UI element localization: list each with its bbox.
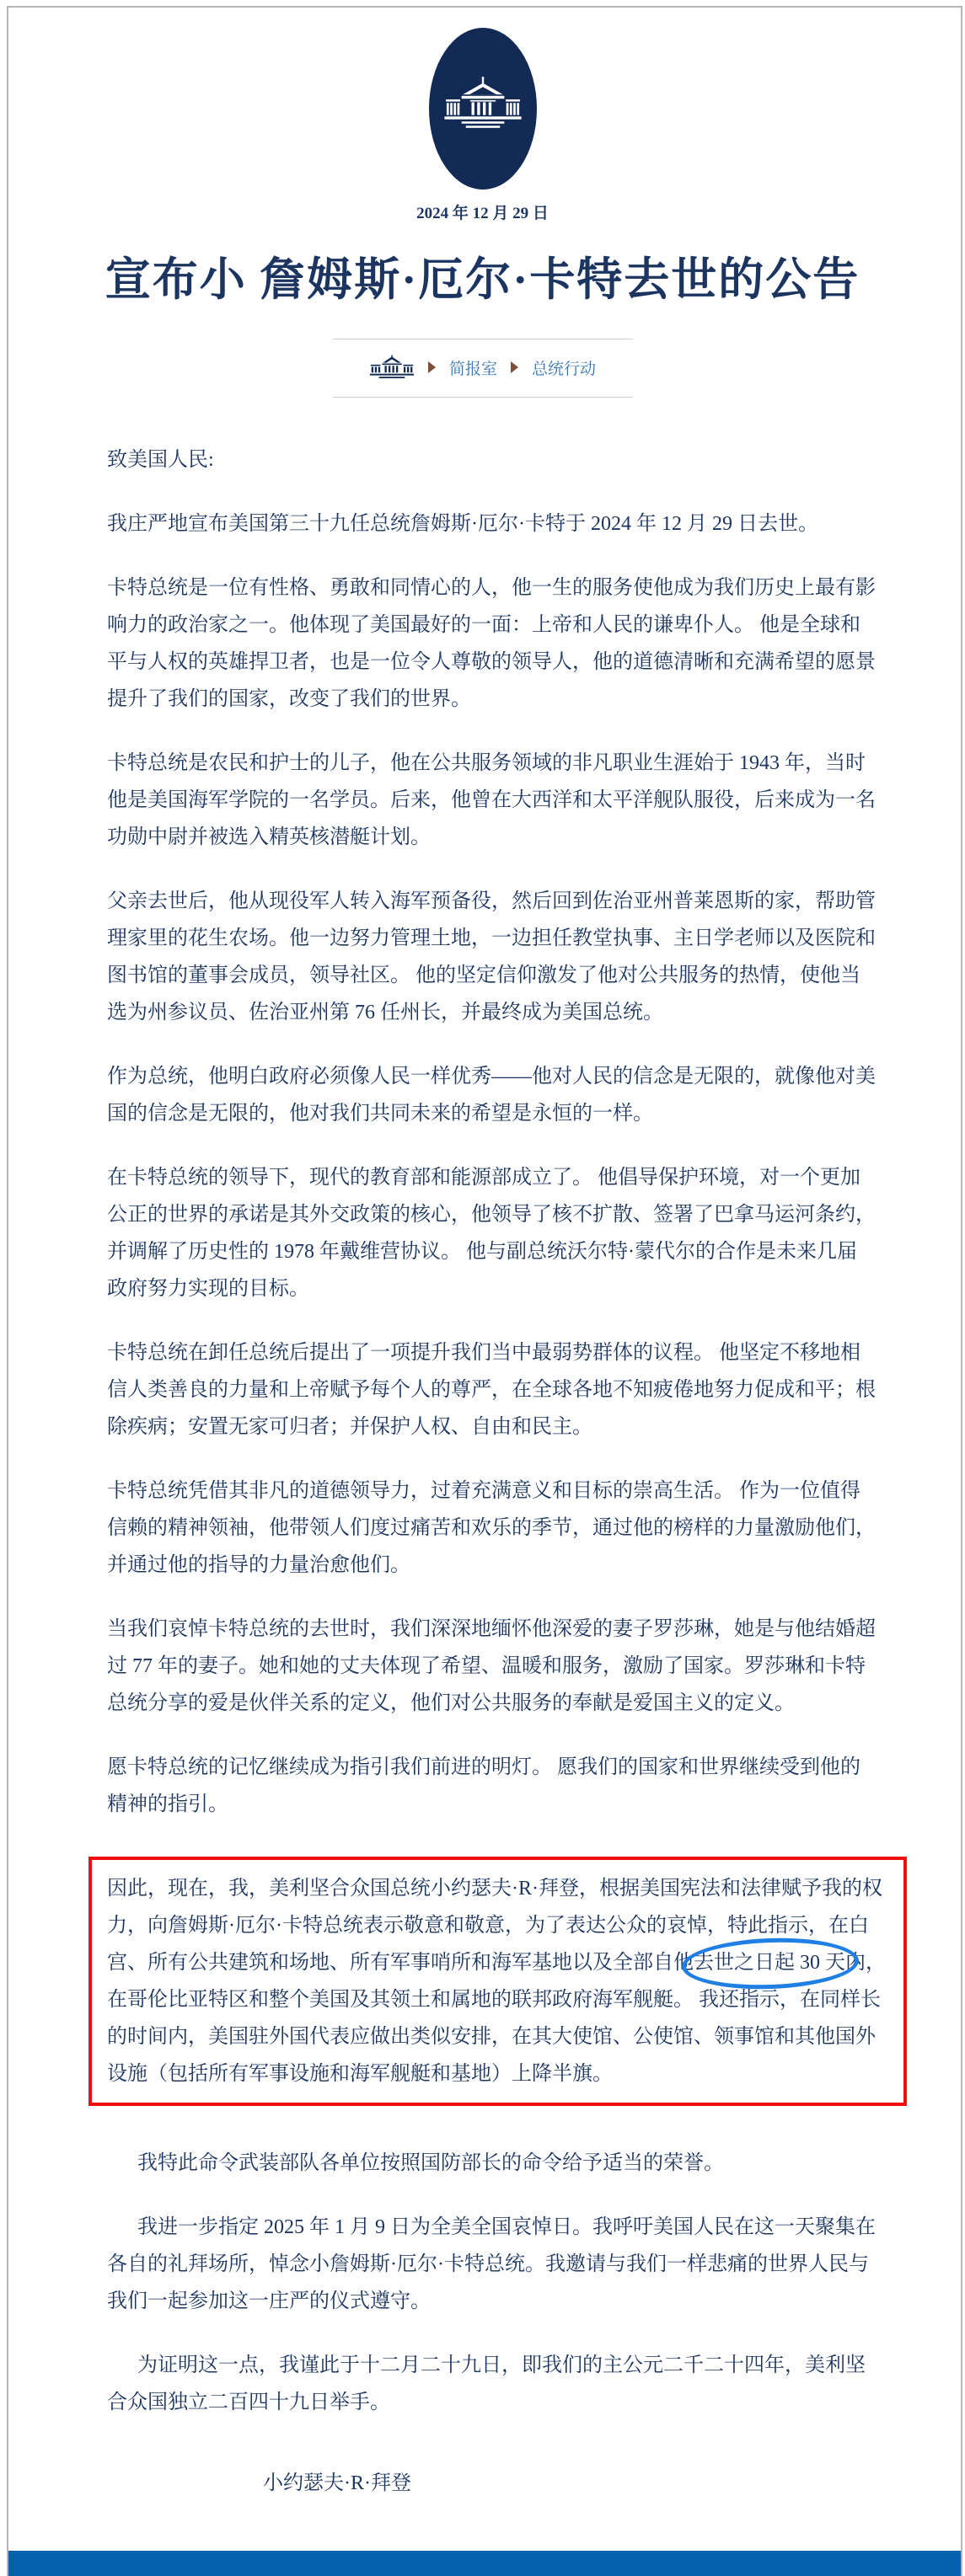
frame-border-left — [7, 6, 8, 2576]
paragraph-early-career: 卡特总统是农民和护士的儿子，他在公共服务领域的非凡职业生涯始于 1943 年，当… — [107, 745, 877, 856]
paragraph-georgia-years: 父亲去世后，他从现役军人转入海军预备役，然后回到佐治亚州普莱恩斯的家，帮助管理家… — [107, 883, 877, 1031]
paragraph-national-day-of-mourning: 我进一步指定 2025 年 1 月 9 日为全美全国哀悼日。我呼吁美国人民在这一… — [107, 2209, 877, 2320]
publish-date: 2024 年 12 月 29 日 — [0, 200, 965, 223]
paragraph-post-presidency: 卡特总统在卸任总统后提出了一项提升我们当中最弱势群体的议程。 他坚定不移地相信人… — [107, 1334, 877, 1446]
proclamation-paragraph: 因此，现在，我，美利坚合众国总统小约瑟夫·R·拜登，根据美国宪法和法律赋予我的权… — [107, 1870, 887, 2092]
frame-border-right — [961, 6, 962, 2576]
white-house-logo-icon — [439, 77, 527, 141]
salutation: 致美国人民: — [107, 441, 877, 478]
breadcrumb-link-presidential-actions[interactable]: 总统行动 — [532, 356, 596, 379]
breadcrumb-separator-icon — [428, 361, 436, 373]
frame-border-top — [7, 6, 962, 8]
footer-bar — [8, 2551, 961, 2576]
document-body: 致美国人民: 我庄严地宣布美国第三十九任总统詹姆斯·厄尔·卡特于 2024 年 … — [107, 441, 877, 2502]
signature: 小约瑟夫·R·拜登 — [263, 2465, 877, 2502]
white-house-icon[interactable] — [369, 354, 415, 381]
red-highlight-box: 因此，现在，我，美利坚合众国总统小约瑟夫·R·拜登，根据美国宪法和法律赋予我的权… — [88, 1857, 907, 2106]
paragraph-rosalynn: 当我们哀悼卡特总统的去世时，我们深深地缅怀他深爱的妻子罗莎琳，她是与他结婚超过 … — [107, 1611, 877, 1722]
breadcrumb: 简报室 总统行动 — [333, 339, 633, 398]
paragraph-as-president: 作为总统，他明白政府必须像人民一样优秀——他对人民的信念是无限的，就像他对美国的… — [107, 1058, 877, 1132]
page-title: 宣布小 詹姆斯·厄尔·卡特去世的公告 — [0, 243, 965, 308]
breadcrumb-link-briefing-room[interactable]: 简报室 — [449, 356, 497, 379]
white-house-logo — [429, 28, 537, 190]
circled-phrase-text: 去世之日起 30 天 — [694, 1952, 845, 1974]
paragraph-announcement: 我庄严地宣布美国第三十九任总统詹姆斯·厄尔·卡特于 2024 年 12 月 29… — [107, 505, 877, 542]
paragraph-in-witness-whereof: 为证明这一点，我谨此于十二月二十九日，即我们的主公元二千二十四年，美利坚合众国独… — [107, 2347, 877, 2421]
paragraph-administration-achievements: 在卡特总统的领导下，现代的教育部和能源部成立了。 他倡导保护环境，对一个更加公正… — [107, 1159, 877, 1307]
paragraph-memory: 愿卡特总统的记忆继续成为指引我们前进的明灯。 愿我们的国家和世界继续受到他的精神… — [107, 1749, 877, 1823]
breadcrumb-separator-icon — [511, 361, 518, 373]
circled-phrase: 去世之日起 30 天 — [694, 1952, 845, 1974]
paragraph-moral-leadership: 卡特总统凭借其非凡的道德领导力，过着充满意义和目标的崇高生活。 作为一位值得信赖… — [107, 1472, 877, 1584]
paragraph-character: 卡特总统是一位有性格、勇敢和同情心的人，他一生的服务使他成为我们历史上最有影响力… — [107, 569, 877, 718]
paragraph-armed-forces-order: 我特此命令武装部队各单位按照国防部长的命令给予适当的荣誉。 — [107, 2145, 877, 2182]
page: 2024 年 12 月 29 日 宣布小 詹姆斯·厄尔·卡特去世的公告 — [0, 0, 965, 2576]
